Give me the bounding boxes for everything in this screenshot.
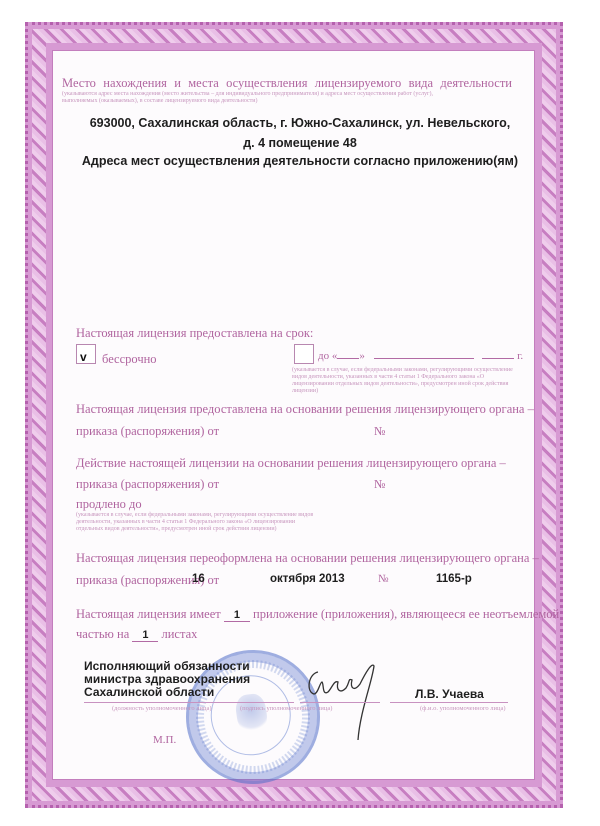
unlimited-term-label: бессрочно bbox=[102, 352, 157, 367]
address-line-2: д. 4 помещение 48 bbox=[60, 136, 540, 150]
reissued-month-year: октября 2013 bbox=[270, 573, 345, 585]
appendix-prefix: Настоящая лицензия имеет bbox=[76, 607, 221, 621]
signer-name: Л.В. Учаева bbox=[415, 687, 484, 701]
term-heading: Настоящая лицензия предоставлена на срок… bbox=[76, 326, 313, 341]
signature-line bbox=[300, 702, 380, 703]
reissued-day: 16 bbox=[192, 573, 205, 585]
until-day-blank[interactable] bbox=[337, 358, 359, 359]
reissued-line-1: Настоящая лицензия переоформлена на осно… bbox=[76, 551, 539, 566]
appendix-middle: приложение (приложения), являющееся ее н… bbox=[253, 607, 559, 621]
address-line-3: Адреса мест осуществления деятельности с… bbox=[60, 154, 540, 168]
check-mark-icon: v bbox=[80, 350, 87, 364]
handwritten-signature bbox=[300, 652, 380, 742]
reissued-number-label: № bbox=[378, 573, 389, 585]
extended-note: (указывается в случае, если федеральными… bbox=[76, 512, 316, 533]
term-note: (указывается в случае, если федеральными… bbox=[292, 367, 514, 395]
appendix-line-1: Настоящая лицензия имеет 1 приложение (п… bbox=[76, 607, 559, 622]
appendix-count: 1 bbox=[224, 609, 250, 622]
unlimited-term-checkbox[interactable]: v bbox=[76, 344, 96, 364]
reissued-number: 1165-р bbox=[436, 573, 472, 585]
extended-until-label: продлено до bbox=[76, 497, 142, 512]
extended-line-2: приказа (распоряжения) от bbox=[76, 477, 219, 492]
extended-number-label: № bbox=[374, 477, 385, 492]
granted-number-label: № bbox=[374, 424, 385, 439]
sheets-suffix: листах bbox=[162, 627, 198, 641]
caption-name: (ф.и.о. уполномоченного лица) bbox=[420, 705, 506, 712]
until-year-blank[interactable] bbox=[482, 358, 514, 359]
position-line bbox=[84, 702, 294, 703]
granted-line-1: Настоящая лицензия предоставлена на осно… bbox=[76, 402, 534, 417]
name-line bbox=[390, 702, 508, 703]
signer-position: Исполняющий обязанности министра здравоо… bbox=[84, 660, 250, 699]
extended-line-1: Действие настоящей лицензии на основании… bbox=[76, 456, 506, 471]
until-date-field: до «» г. bbox=[318, 350, 523, 362]
until-month-blank[interactable] bbox=[374, 358, 474, 359]
sheets-prefix: частью на bbox=[76, 627, 129, 641]
address-line-1: 693000, Сахалинская область, г. Южно-Сах… bbox=[60, 116, 540, 130]
caption-position: (должность уполномоченного лица) bbox=[112, 705, 212, 712]
until-date-checkbox[interactable] bbox=[294, 344, 314, 364]
appendix-line-2: частью на 1 листах bbox=[76, 627, 197, 642]
seal-placeholder-label: М.П. bbox=[153, 734, 176, 746]
location-note-line2: выполняемых (оказываемых), в составе лиц… bbox=[62, 98, 522, 105]
caption-signature: (подпись уполномоченного лица) bbox=[240, 705, 332, 712]
location-note-line1: (указываются адрес места нахождения (мес… bbox=[62, 91, 522, 98]
until-mid: » bbox=[359, 350, 365, 362]
until-suffix: г. bbox=[517, 350, 523, 362]
granted-line-2: приказа (распоряжения) от bbox=[76, 424, 219, 439]
sheets-count: 1 bbox=[132, 629, 158, 642]
location-heading: Место нахождения и места осуществления л… bbox=[62, 76, 512, 91]
signer-position-line3: Сахалинской области bbox=[84, 686, 250, 699]
until-prefix: до « bbox=[318, 350, 337, 362]
